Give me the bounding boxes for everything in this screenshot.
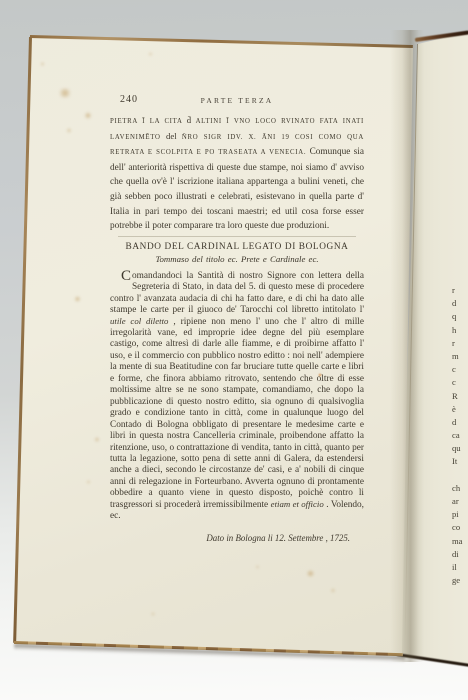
inscription-paragraph: PIETRA Ī LA CITA d̄ ALTINI Ī VNO LOCO RV…: [110, 113, 364, 233]
dateline: Dato in Bologna li 12. Settembre , 1725.: [110, 533, 364, 543]
foxing-spot: [255, 565, 260, 569]
running-title: PARTE TERZA: [110, 96, 364, 105]
bando-body: Comandandoci la Santità di nostro Signor…: [110, 270, 364, 522]
facing-page-text-fragments: rdqhrmccRèdcaquItcharpicomadiilge: [452, 284, 468, 587]
foxing-spot: [150, 612, 156, 616]
left-page: 240 PARTE TERZA PIETRA Ī LA CITA d̄ ALTI…: [0, 0, 468, 700]
foxing-spot: [40, 62, 45, 66]
foxing-spot: [148, 52, 153, 56]
page-content: 240 PARTE TERZA PIETRA Ī LA CITA d̄ ALTI…: [110, 94, 364, 543]
foxing-spot: [66, 128, 72, 133]
foxing-spot: [58, 88, 72, 98]
foxing-spot: [84, 112, 92, 119]
section-divider: [118, 236, 356, 237]
foxing-spot: [306, 570, 315, 577]
foxing-spot: [330, 588, 336, 593]
page-header: 240 PARTE TERZA: [110, 94, 364, 108]
section-heading: BANDO DEL CARDINAL LEGATO DI BOLOGNA: [110, 242, 364, 252]
foxing-spot: [74, 296, 81, 302]
section-subheading: Tommaso del titolo ec. Prete e Cardinale…: [110, 254, 364, 264]
foxing-spot: [86, 480, 91, 484]
foxing-spot: [94, 437, 100, 442]
book-photo: rdqhrmccRèdcaquItcharpicomadiilge 240 PA…: [0, 0, 468, 700]
